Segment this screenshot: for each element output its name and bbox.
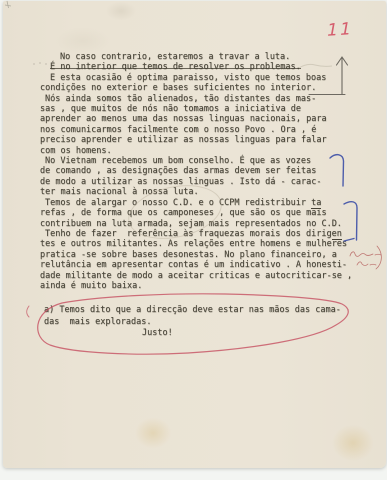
typed-line: nos comunicarmos facilmente com o nosso …: [40, 125, 370, 135]
typed-line: E esta ocasião é optima paraisso, visto …: [40, 73, 370, 83]
typed-segment: Tenho de fazer referência às fraquezas m…: [45, 229, 332, 239]
typed-line: sas , que muitos de nós não tomamos a in…: [40, 104, 370, 114]
typed-line-with-underlined-syllable: Temos de alargar o nosso C.D. e o CCPM r…: [40, 198, 370, 208]
typed-line: pratica -se sobre bases desonestas. No p…: [40, 250, 370, 260]
typed-line: relutância em apresentar contas é um ind…: [40, 260, 370, 270]
typed-segment: Temos de alargar o nosso C.D. e o CCPM r…: [45, 198, 311, 208]
typed-line: contribuem na luta armada, sejam mais re…: [40, 219, 370, 229]
typed-line-with-underlined-syllable: Tenho de fazer referência às fraquezas m…: [40, 229, 370, 239]
typed-line: de comando , as designações das armas de…: [40, 166, 370, 176]
circled-note-block: a) Temos dito que a direcção deve estar …: [44, 305, 364, 338]
typed-line: refas , de forma que os camponeses , que…: [40, 208, 370, 218]
typed-line: Nós ainda somos tão alienados, tão dista…: [40, 94, 370, 104]
typed-text-block: No caso contrario, estaremos a travar a …: [40, 52, 370, 291]
scanned-page: No caso contrario, estaremos a travar a …: [0, 0, 387, 480]
typed-line: ter mais nacional à nossa luta.: [40, 187, 370, 197]
typed-line: aprender ao menos uma das nossas linguas…: [40, 114, 370, 124]
typed-line: de modo a utilizar as nossas linguas . I…: [40, 177, 370, 187]
typed-line: No caso contrario, estaremos a travar a …: [40, 52, 370, 62]
note-exclamation: Justo!: [44, 328, 364, 338]
note-line: das mais exploradas.: [44, 317, 364, 329]
note-line: a) Temos dito que a direcção deve estar …: [44, 305, 364, 317]
typed-line: condições no exterior e bases suficiente…: [40, 83, 370, 93]
typed-line: tes e outros militantes. As relações ent…: [40, 239, 370, 249]
typed-line-underlined: É no interior que temos de resolver os p…: [40, 62, 370, 72]
typed-line: dade militante de modo a aceitar critica…: [40, 271, 370, 281]
typed-line: No Vietnam recebemos um bom conselho. É …: [40, 156, 370, 166]
typed-line: com os homens.: [40, 146, 370, 156]
typed-line: ainda é muito baixa.: [40, 281, 370, 291]
typed-line: preciso aprender e utilizar as nossas li…: [40, 135, 370, 145]
page-number-annotation: 11: [325, 19, 355, 41]
struck-text: É no interior que temos de resolver os p…: [50, 62, 301, 72]
